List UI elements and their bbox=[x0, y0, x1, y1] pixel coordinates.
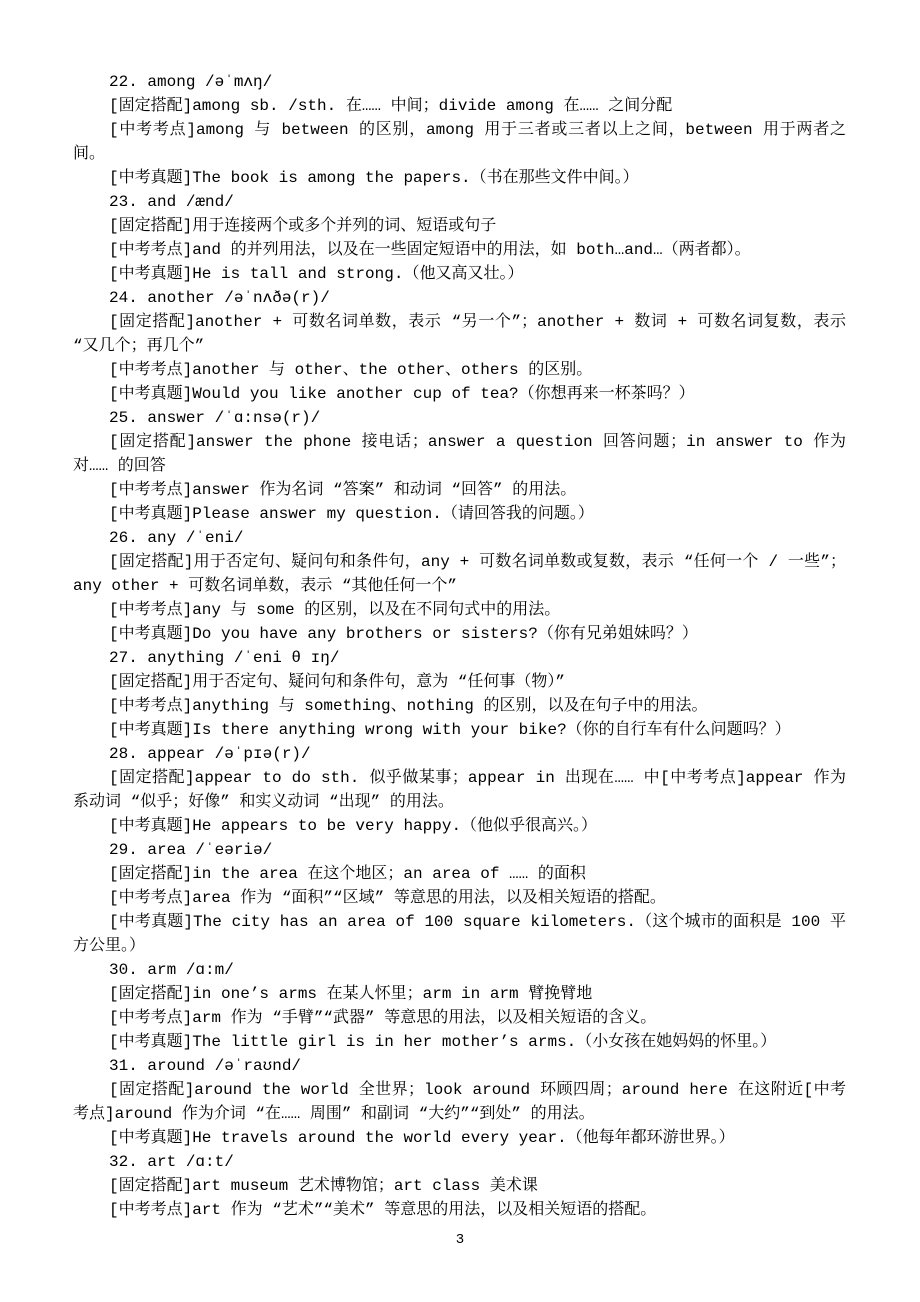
entry-headword: 24. another /əˈnʌðə(r)/ bbox=[73, 286, 846, 310]
entry-paragraph: [中考真题]Would you like another cup of tea?… bbox=[73, 382, 846, 406]
page-number: 3 bbox=[0, 1232, 920, 1248]
entry-paragraph: [固定搭配]用于否定句、疑问句和条件句，意为 “任何事（物）” bbox=[73, 670, 846, 694]
entry-headword: 29. area /ˈeəriə/ bbox=[73, 838, 846, 862]
entry-paragraph: [中考考点]any 与 some 的区别，以及在不同句式中的用法。 bbox=[73, 598, 846, 622]
entry-paragraph: [固定搭配]appear to do sth. 似乎做某事；appear in … bbox=[73, 766, 846, 814]
entry-headword: 26. any /ˈeni/ bbox=[73, 526, 846, 550]
entry-paragraph: [固定搭配]用于否定句、疑问句和条件句，any + 可数名词单数或复数，表示 “… bbox=[73, 550, 846, 598]
entry-paragraph: [中考真题]The city has an area of 100 square… bbox=[73, 910, 846, 958]
entry-headword: 25. answer /ˈɑ:nsə(r)/ bbox=[73, 406, 846, 430]
entry-paragraph: [中考真题]He appears to be very happy.（他似乎很高… bbox=[73, 814, 846, 838]
entry-paragraph: [中考真题]The book is among the papers.（书在那些… bbox=[73, 166, 846, 190]
entry-headword: 31. around /əˈraʊnd/ bbox=[73, 1054, 846, 1078]
entry-headword: 27. anything /ˈeni θ ɪŋ/ bbox=[73, 646, 846, 670]
entry-headword: 28. appear /əˈpɪə(r)/ bbox=[73, 742, 846, 766]
entry-paragraph: [固定搭配]用于连接两个或多个并列的词、短语或句子 bbox=[73, 214, 846, 238]
entry-paragraph: [固定搭配]art museum 艺术博物馆；art class 美术课 bbox=[73, 1174, 846, 1198]
entry-paragraph: [中考真题]Please answer my question.（请回答我的问题… bbox=[73, 502, 846, 526]
entry-paragraph: [中考真题]The little girl is in her mother’s… bbox=[73, 1030, 846, 1054]
entry-paragraph: [固定搭配]around the world 全世界；look around 环… bbox=[73, 1078, 846, 1126]
entry-paragraph: [固定搭配]another + 可数名词单数，表示 “另一个”；another … bbox=[73, 310, 846, 358]
entry-paragraph: [中考考点]answer 作为名词 “答案” 和动词 “回答” 的用法。 bbox=[73, 478, 846, 502]
entry-paragraph: [中考考点]area 作为 “面积”“区域” 等意思的用法，以及相关短语的搭配。 bbox=[73, 886, 846, 910]
entry-paragraph: [中考考点]another 与 other、the other、others 的… bbox=[73, 358, 846, 382]
entry-paragraph: [中考考点]among 与 between 的区别，among 用于三者或三者以… bbox=[73, 118, 846, 166]
entry-paragraph: [中考真题]He is tall and strong.（他又高又壮。） bbox=[73, 262, 846, 286]
entry-paragraph: [固定搭配]in one’s arms 在某人怀里；arm in arm 臂挽臂… bbox=[73, 982, 846, 1006]
entry-paragraph: [中考考点]and 的并列用法，以及在一些固定短语中的用法，如 both…and… bbox=[73, 238, 846, 262]
entry-headword: 22. among /əˈmʌŋ/ bbox=[73, 70, 846, 94]
entry-paragraph: [中考考点]anything 与 something、nothing 的区别，以… bbox=[73, 694, 846, 718]
entry-paragraph: [中考真题]Do you have any brothers or sister… bbox=[73, 622, 846, 646]
entry-headword: 30. arm /ɑ:m/ bbox=[73, 958, 846, 982]
vocab-entry-list: 22. among /əˈmʌŋ/[固定搭配]among sb. /sth. 在… bbox=[73, 70, 846, 1222]
entry-paragraph: [中考考点]arm 作为 “手臂”“武器” 等意思的用法，以及相关短语的含义。 bbox=[73, 1006, 846, 1030]
entry-paragraph: [固定搭配]in the area 在这个地区；an area of …… 的面… bbox=[73, 862, 846, 886]
entry-paragraph: [固定搭配]answer the phone 接电话；answer a ques… bbox=[73, 430, 846, 478]
entry-paragraph: [中考考点]art 作为 “艺术”“美术” 等意思的用法，以及相关短语的搭配。 bbox=[73, 1198, 846, 1222]
entry-headword: 32. art /ɑ:t/ bbox=[73, 1150, 846, 1174]
entry-paragraph: [固定搭配]among sb. /sth. 在…… 中间；divide amon… bbox=[73, 94, 846, 118]
document-page: 22. among /əˈmʌŋ/[固定搭配]among sb. /sth. 在… bbox=[0, 0, 920, 1302]
entry-paragraph: [中考真题]Is there anything wrong with your … bbox=[73, 718, 846, 742]
entry-paragraph: [中考真题]He travels around the world every … bbox=[73, 1126, 846, 1150]
entry-headword: 23. and /ænd/ bbox=[73, 190, 846, 214]
